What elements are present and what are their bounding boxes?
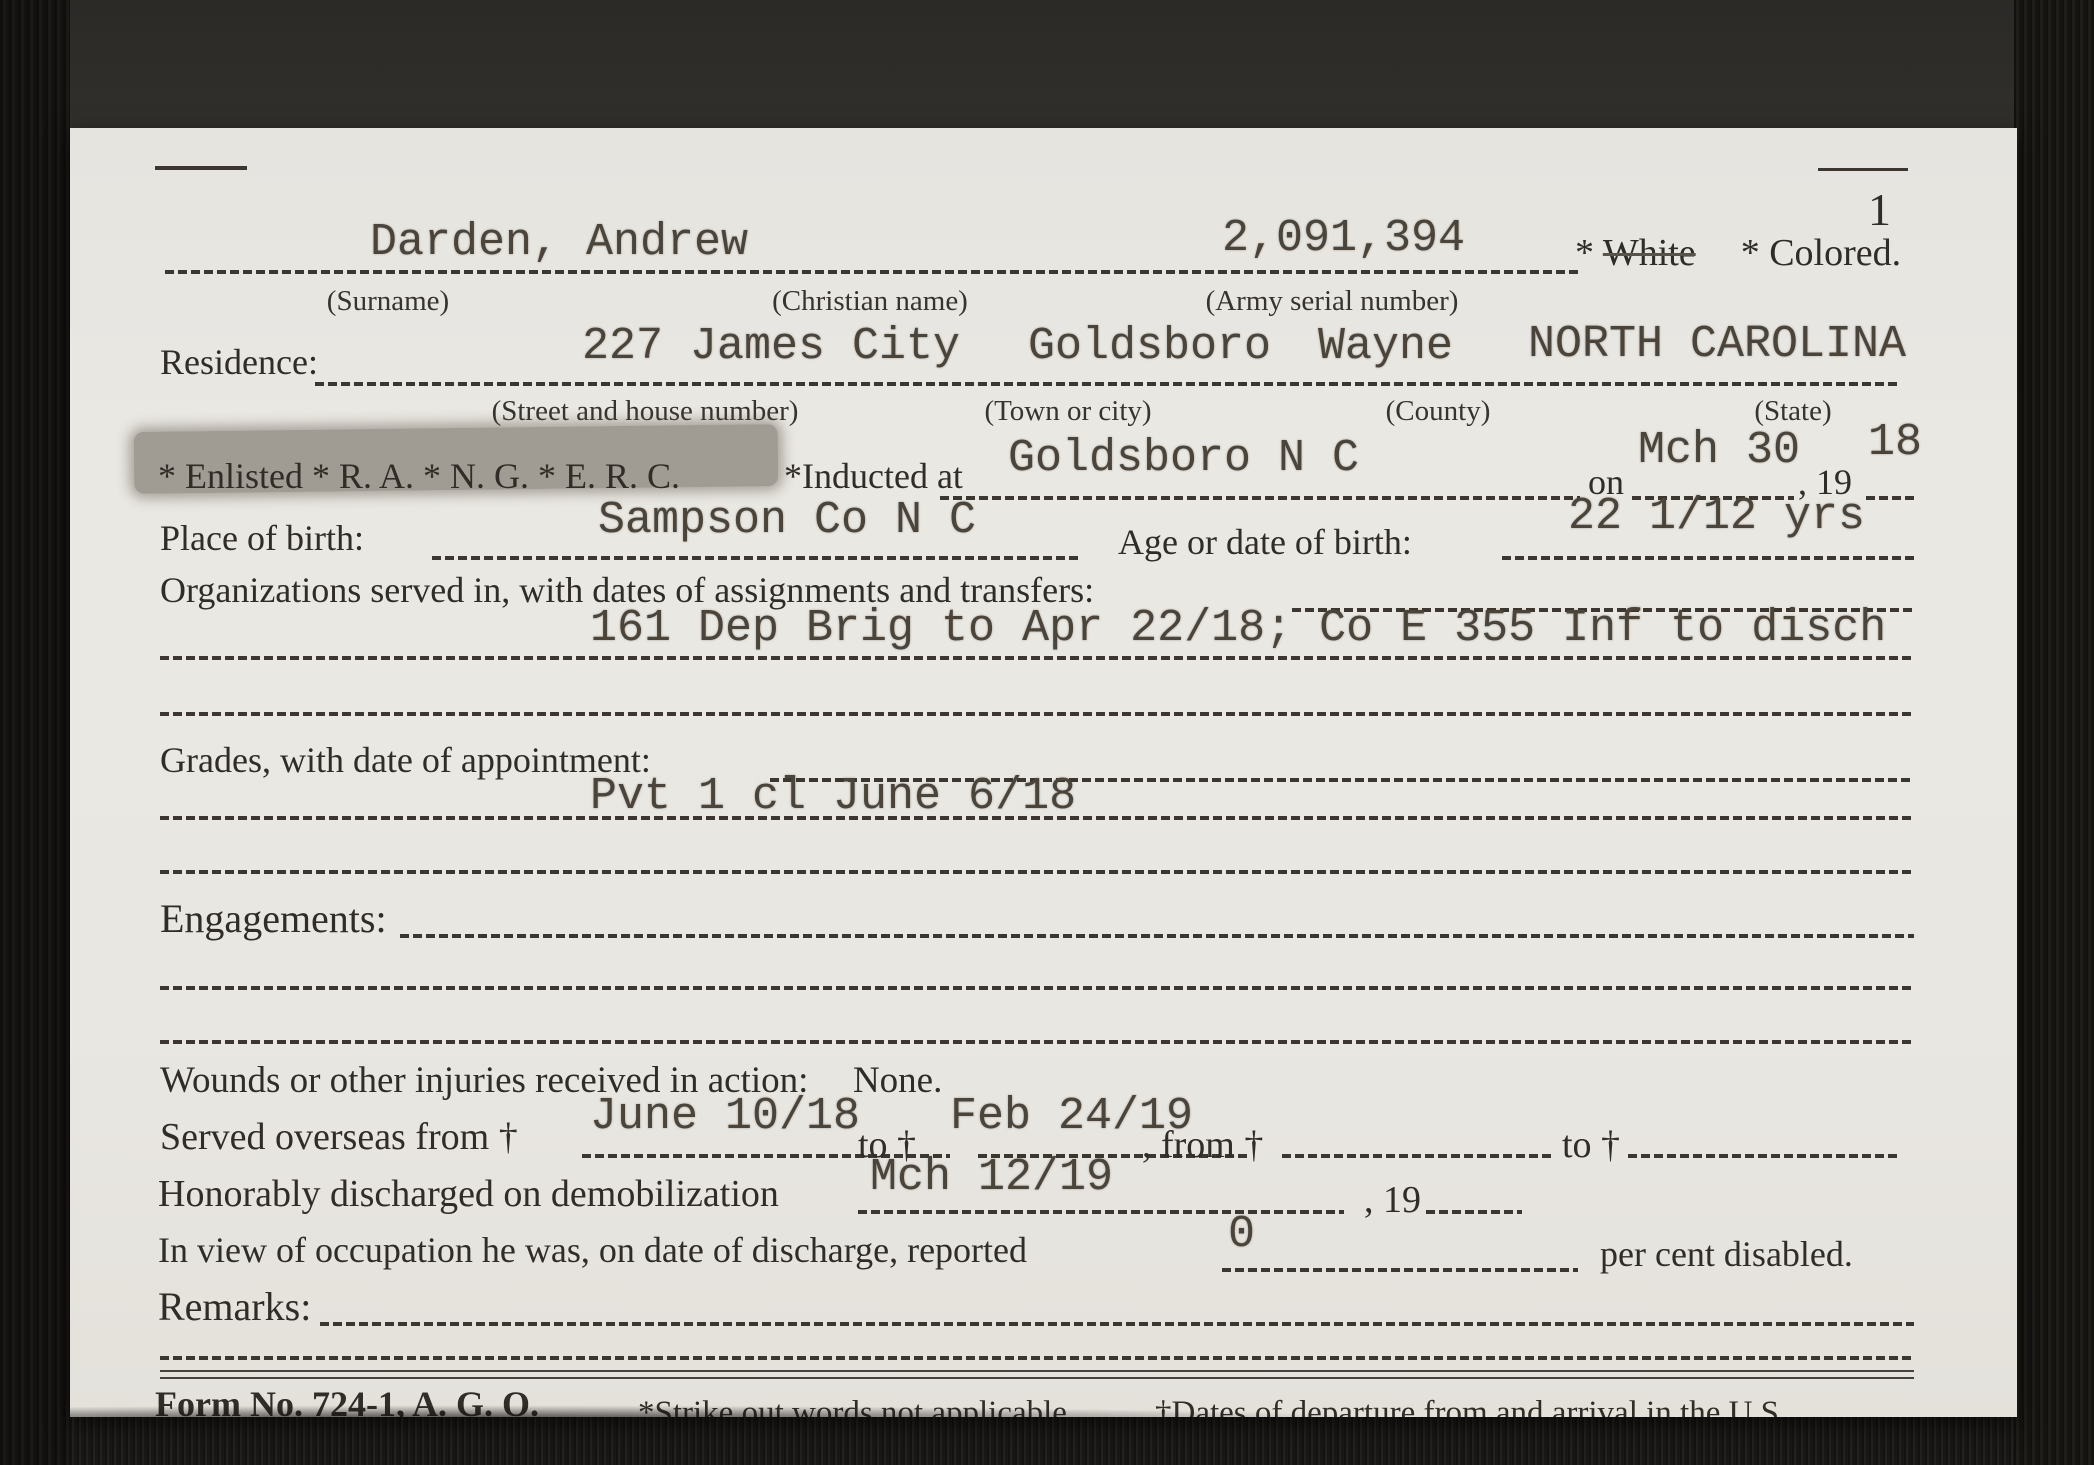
bottom-double-rule — [160, 1370, 1914, 1379]
engagements-line-1 — [400, 934, 1914, 938]
street-label: (Street and house number) — [492, 396, 799, 426]
disability-line — [1222, 1268, 1578, 1272]
remarks-line-1 — [320, 1322, 1914, 1326]
race-colored: * Colored. — [1741, 232, 1901, 274]
discharge-line-2 — [1426, 1210, 1522, 1214]
induction-date-value: Mch 30 — [1638, 428, 1800, 473]
place-of-birth-label: Place of birth: — [160, 520, 364, 558]
organizations-line-2 — [160, 656, 1914, 660]
overseas-from2-line — [1282, 1154, 1552, 1158]
organizations-line-3 — [160, 712, 1914, 716]
name-row-line — [165, 270, 1580, 274]
overseas-from2-label: , from † — [1142, 1126, 1263, 1166]
inducted-place-value: Goldsboro N C — [1008, 436, 1359, 481]
organizations-value: 161 Dep Brig to Apr 22/18; Co E 355 Inf … — [590, 606, 1886, 651]
age-line — [1502, 556, 1914, 560]
scanner-background-right — [2014, 0, 2094, 1465]
enlisted-options: * Enlisted * R. A. * N. G. * E. R. C. — [158, 458, 680, 496]
scanner-background-left — [0, 0, 70, 1465]
induction-year-line — [1866, 496, 1914, 500]
grades-line-2 — [160, 816, 1914, 820]
dagger-note: †Dates of departure from and arrival in … — [1155, 1396, 1787, 1417]
grades-label: Grades, with date of appointment: — [160, 742, 651, 780]
grades-line-3 — [160, 870, 1914, 874]
discharge-date-value: Mch 12/19 — [870, 1155, 1113, 1200]
page-number: 1 — [1868, 186, 1891, 234]
discharge-line-1 — [858, 1210, 1344, 1214]
serial-number-value: 2,091,394 — [1222, 216, 1465, 261]
inducted-line — [940, 496, 1580, 500]
engagements-line-3 — [160, 1040, 1914, 1044]
residence-state-value: NORTH CAROLINA — [1528, 322, 1906, 367]
surname-value: Darden, Andrew — [370, 220, 748, 265]
induction-year-value: 18 — [1868, 420, 1922, 465]
scanner-background-bottom — [70, 1410, 2014, 1465]
race-white-struck: White — [1603, 232, 1696, 274]
scanned-service-card-page: { "page_number": "1", "name_row": { "sur… — [0, 0, 2094, 1465]
serial-number-label: (Army serial number) — [1206, 286, 1459, 316]
inducted-at-label: *Inducted at — [784, 458, 963, 496]
engagements-label: Engagements: — [160, 898, 387, 940]
page-number-underline — [1818, 168, 1908, 171]
scanner-background-top — [70, 0, 2014, 130]
overseas-to2-line — [1628, 1154, 1898, 1158]
overseas-to2-label: to † — [1562, 1126, 1620, 1166]
remarks-line-2 — [160, 1356, 1914, 1360]
age-label: Age or date of birth: — [1118, 524, 1412, 562]
residence-street-value: 227 James City — [582, 324, 960, 369]
residence-county-value: Wayne — [1318, 324, 1453, 369]
remarks-label: Remarks: — [158, 1286, 311, 1328]
surname-label: (Surname) — [327, 286, 449, 316]
town-label: (Town or city) — [984, 396, 1151, 426]
county-label: (County) — [1386, 396, 1491, 426]
christian-name-label: (Christian name) — [772, 286, 968, 316]
discharge-label: Honorably discharged on demobilization — [158, 1175, 779, 1215]
state-label: (State) — [1754, 396, 1831, 426]
disability-suffix: per cent disabled. — [1600, 1236, 1853, 1274]
race-asterisk: * — [1575, 232, 1594, 274]
discharge-year-label: , 19 — [1364, 1181, 1421, 1221]
pencil-mark — [155, 166, 247, 170]
birth-line — [432, 556, 1082, 560]
engagements-line-2 — [160, 986, 1914, 990]
strike-out-note: *Strike out words not applicable. — [638, 1396, 1075, 1417]
age-value: 22 1/12 yrs — [1568, 494, 1865, 539]
grades-value: Pvt 1 cl June 6/18 — [590, 774, 1076, 819]
residence-label: Residence: — [160, 344, 318, 382]
overseas-from1-value: June 10/18 — [590, 1094, 860, 1139]
disability-label: In view of occupation he was, on date of… — [158, 1232, 1027, 1270]
residence-line — [315, 382, 1900, 386]
disability-value: 0 — [1228, 1212, 1255, 1257]
place-of-birth-value: Sampson Co N C — [598, 498, 976, 543]
race-selection: * White * Colored. — [1575, 234, 1901, 274]
residence-town-value: Goldsboro — [1028, 324, 1271, 369]
service-record-card: 1 Darden, Andrew 2,091,394 * White * Col… — [70, 128, 2017, 1417]
wounds-value: None. — [853, 1060, 942, 1101]
overseas-label: Served overseas from † — [160, 1118, 518, 1158]
form-number: Form No. 724-1, A. G. O. — [155, 1386, 539, 1417]
